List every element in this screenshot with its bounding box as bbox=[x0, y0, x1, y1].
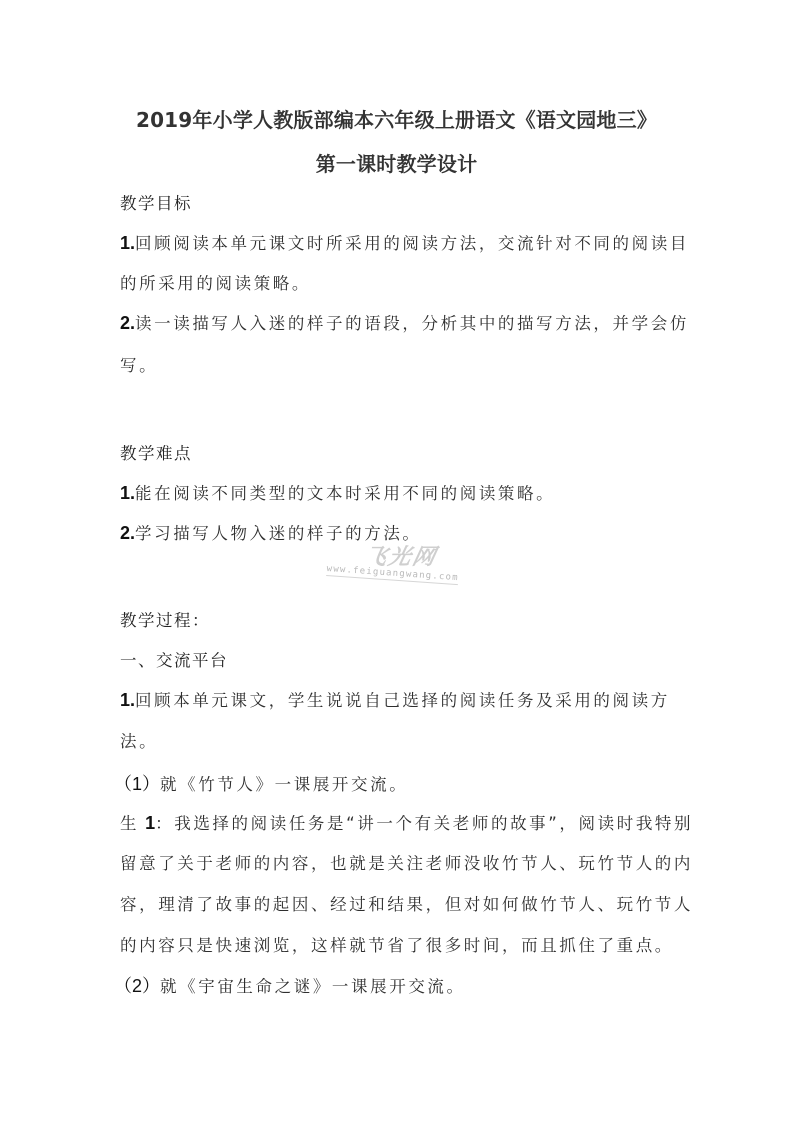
item-text: 能在阅读不同类型的文本时采用不同的阅读策略。 bbox=[135, 484, 555, 503]
watermark: 飞光网 www.feiguangwang.com bbox=[325, 540, 475, 590]
difficulty-item-2: 2.学习描写人物入迷的样子的方法。 bbox=[120, 520, 690, 544]
item-text: 回顾本单元课文，学生说说自己选择的阅读任务及采用的阅读方 bbox=[135, 691, 670, 710]
item-number: 1. bbox=[120, 483, 135, 503]
item-text: 读一读描写人入迷的样子的语段，分析其中的描写方法，并学会仿 bbox=[135, 314, 689, 333]
section-heading-difficulties: 教学难点 bbox=[120, 440, 690, 464]
objective-item-2-line-1: 2.读一读描写人入迷的样子的语段，分析其中的描写方法，并学会仿 bbox=[120, 310, 690, 334]
document-title: 2019年小学人教版部编本六年级上册语文《语文园地三》 bbox=[0, 104, 793, 133]
student-number: 1 bbox=[145, 813, 155, 833]
section-heading-objectives: 教学目标 bbox=[120, 190, 690, 214]
document-page: 2019年小学人教版部编本六年级上册语文《语文园地三》 第一课时教学设计 教学目… bbox=[0, 0, 793, 1122]
sub-item-text: 就《宇宙生命之谜》一课展开交流。 bbox=[160, 977, 466, 996]
section-heading-process: 教学过程： bbox=[120, 607, 690, 631]
item-text: 回顾阅读本单元课文时所采用的阅读方法，交流针对不同的阅读目 bbox=[135, 234, 689, 253]
student-1-line-3: 容，理清了故事的起因、经过和结果，但对如何做竹节人、玩竹节人 bbox=[120, 891, 690, 915]
process-step-1-line-2: 法。 bbox=[120, 728, 690, 752]
objective-item-2-line-2: 写。 bbox=[120, 352, 690, 376]
objective-item-1-line-2: 的所采用的阅读策略。 bbox=[120, 270, 690, 294]
item-text: 学习描写人物入迷的样子的方法。 bbox=[135, 524, 422, 543]
item-number: 2. bbox=[120, 523, 135, 543]
item-number: 1. bbox=[120, 233, 135, 253]
document-subtitle: 第一课时教学设计 bbox=[0, 148, 793, 177]
student-1-line-4: 的内容只是快速浏览，这样就节省了很多时间，而且抓住了重点。 bbox=[120, 932, 690, 956]
sub-item-text: 就《竹节人》一课展开交流。 bbox=[160, 775, 408, 794]
item-number: 2. bbox=[120, 313, 135, 333]
process-step-1-line-1: 1.回顾本单元课文，学生说说自己选择的阅读任务及采用的阅读方 bbox=[120, 687, 690, 711]
student-text: ：我选择的阅读任务是“讲一个有关老师的故事”，阅读时我特别 bbox=[155, 814, 693, 833]
sub-item-1: （1）就《竹节人》一课展开交流。 bbox=[114, 770, 684, 796]
item-number: 1. bbox=[120, 690, 135, 710]
student-1-line-2: 留意了关于老师的内容，也就是关注老师没收竹节人、玩竹节人的内 bbox=[120, 850, 690, 874]
watermark-logo: 飞光网 bbox=[362, 540, 441, 571]
part-heading-exchange-platform: 一、交流平台 bbox=[120, 647, 690, 671]
sub-item-number: （1） bbox=[114, 774, 160, 794]
difficulty-item-1: 1.能在阅读不同类型的文本时采用不同的阅读策略。 bbox=[120, 480, 690, 504]
watermark-url: www.feiguangwang.com bbox=[326, 564, 459, 585]
sub-item-2: （2）就《宇宙生命之谜》一课展开交流。 bbox=[114, 972, 684, 998]
student-prefix: 生 bbox=[120, 814, 139, 833]
student-1-line-1: 生1：我选择的阅读任务是“讲一个有关老师的故事”，阅读时我特别 bbox=[120, 810, 690, 834]
sub-item-number: （2） bbox=[114, 976, 160, 996]
objective-item-1-line-1: 1.回顾阅读本单元课文时所采用的阅读方法，交流针对不同的阅读目 bbox=[120, 230, 690, 254]
